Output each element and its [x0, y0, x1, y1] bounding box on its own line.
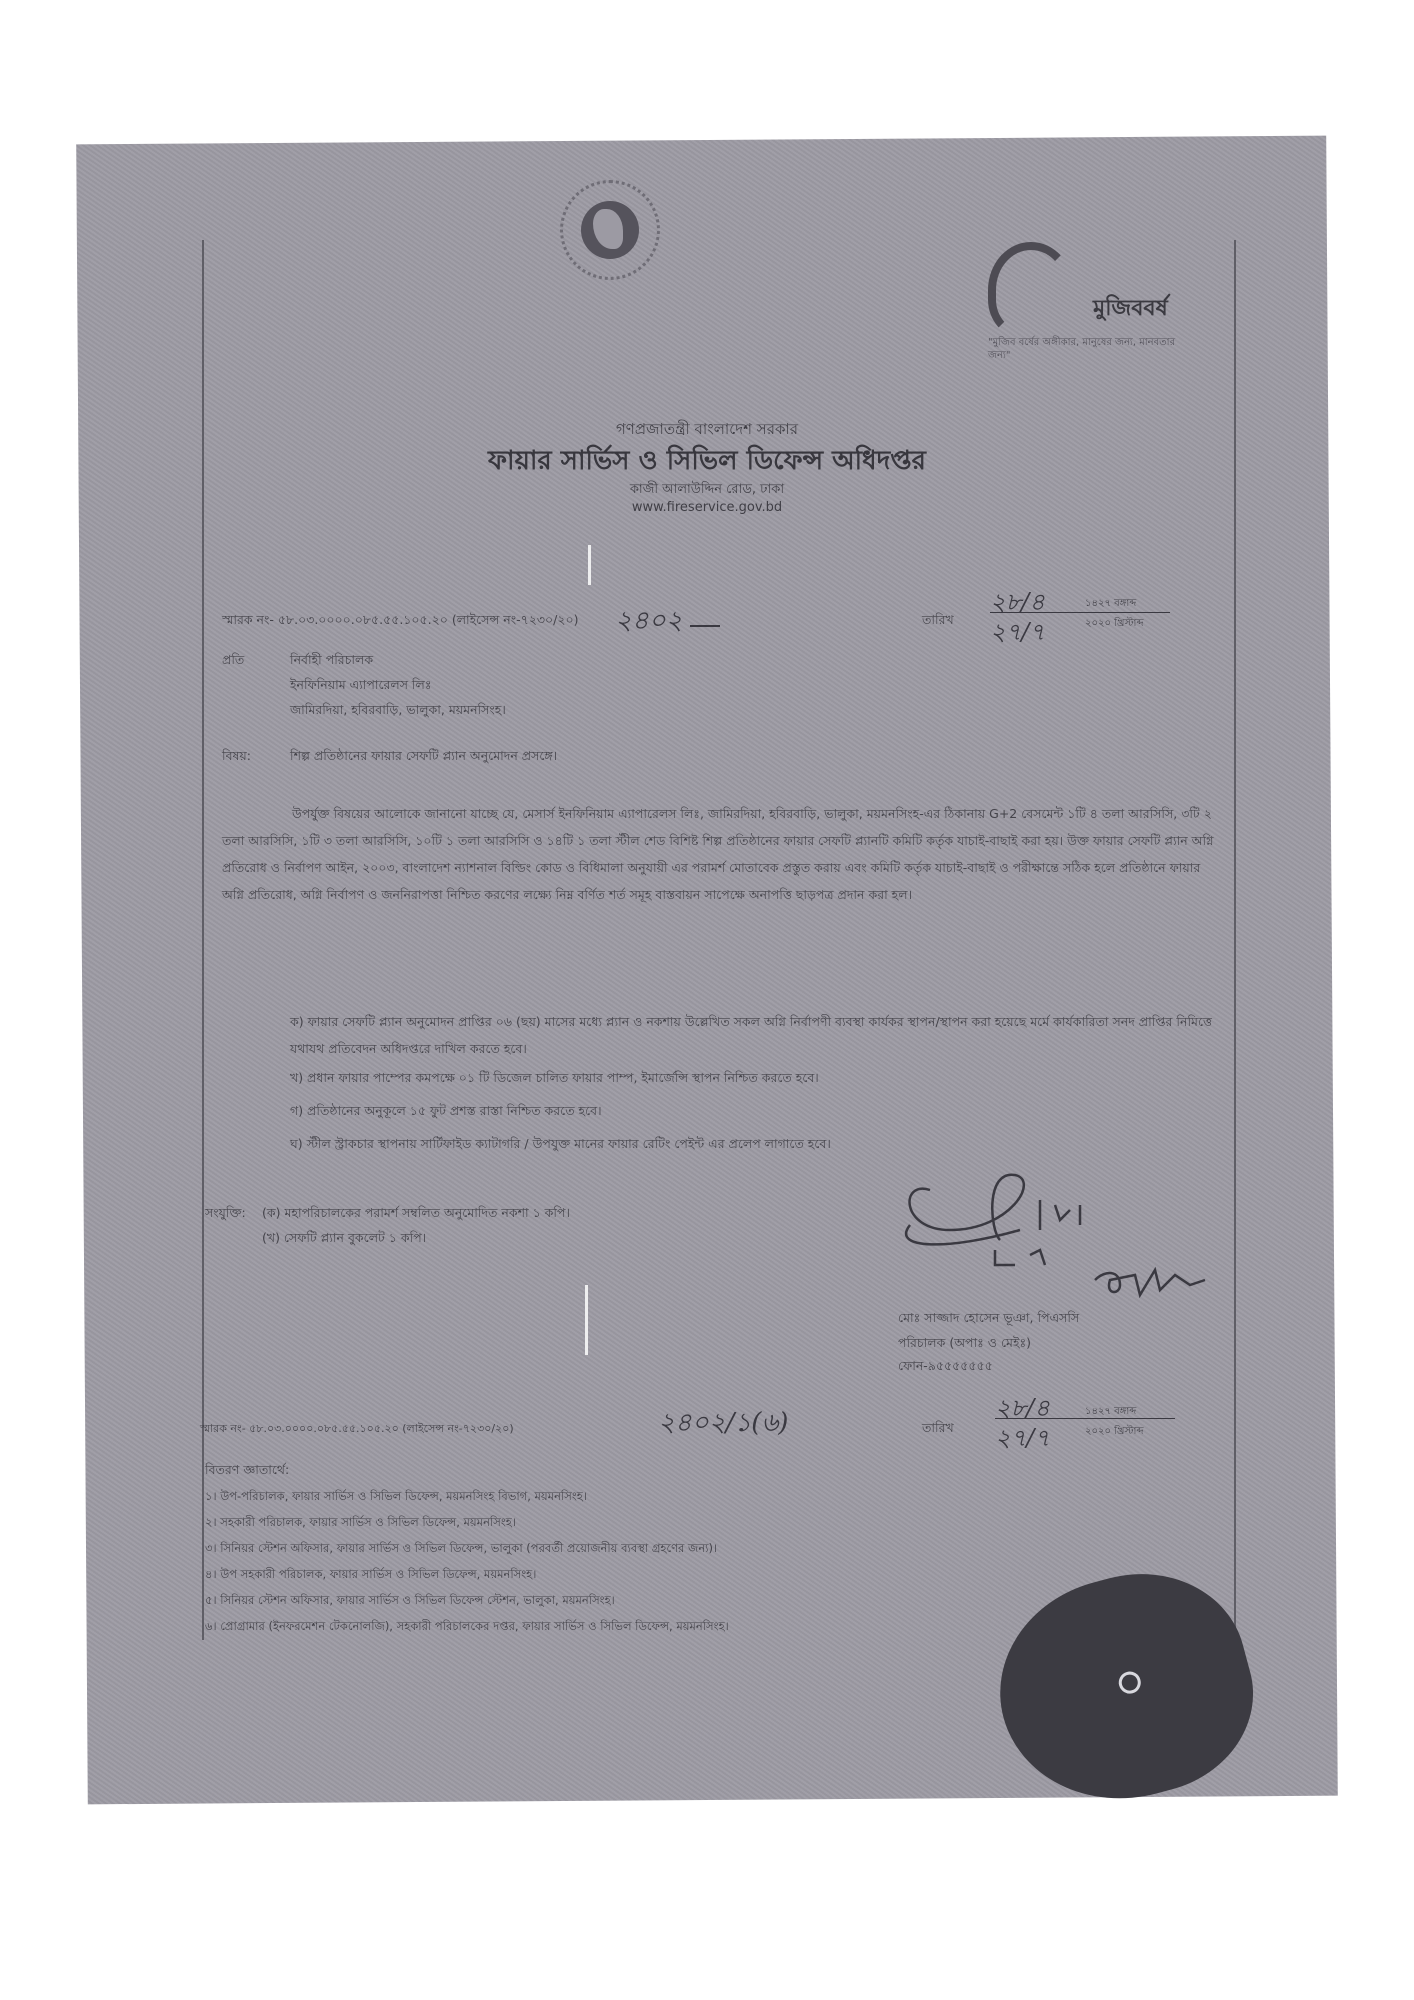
distribution-item: ৪। উপ সহকারী পরিচালক, ফায়ার সার্ভিস ও স… — [205, 1566, 536, 1585]
date-english: ২৭/৭ — [990, 614, 1045, 654]
copy-date-english: ২৭/৭ — [995, 1420, 1050, 1460]
condition-item: ঘ) স্টীল স্ট্রাকচার স্থাপনায় সার্টিফাইড… — [290, 1136, 831, 1156]
distribution-label: বিতরণ জ্ঞাতার্থে: — [205, 1462, 289, 1482]
signatory-phone: ফোন-৯৫৫৫৫৫৫৫ — [898, 1358, 993, 1378]
condition-item: ক) ফায়ার সেফটি প্ল্যান অনুমোদন প্রাপ্তি… — [290, 1008, 1225, 1062]
copy-date-label: তারিখ — [922, 1420, 954, 1440]
date-suffix-bangla: ১৪২৭ বঙ্গাব্দ — [1085, 596, 1136, 613]
recipient-line: নির্বাহী পরিচালক — [290, 652, 373, 672]
copy-date-suffix-english: ২০২০ খ্রিস্টাব্দ — [1085, 1424, 1143, 1441]
scan-mark — [588, 545, 591, 585]
department-address: কাজী আলাউদ্দিন রোড, ঢাকা — [0, 480, 1414, 501]
recipient-line: ইনফিনিয়াম এ্যাপারেলস লিঃ — [290, 677, 431, 697]
distribution-item: ১। উপ-পরিচালক, ফায়ার সার্ভিস ও সিভিল ডি… — [205, 1488, 587, 1507]
condition-item: গ) প্রতিষ্ঠানের অনুকূলে ১৫ ফুট প্রশস্ত র… — [290, 1103, 602, 1123]
date-suffix-english: ২০২০ খ্রিস্টাব্দ — [1085, 616, 1143, 633]
date-divider — [990, 612, 1170, 613]
recipient-line: জামিরদিয়া, হবিরবাড়ি, ভালুকা, ময়মনসিংহ… — [290, 702, 506, 722]
portrait-icon — [988, 242, 1074, 338]
enclosure-label: সংযুক্তি: — [205, 1205, 246, 1225]
copy-date-suffix-bangla: ১৪২৭ বঙ্গাব্দ — [1085, 1404, 1136, 1421]
recipient-label: প্রতি — [222, 652, 244, 672]
scan-mark — [585, 1285, 588, 1355]
enclosure-item: (ক) মহাপরিচালকের পরামর্শ সম্বলিত অনুমোদি… — [262, 1205, 570, 1225]
distribution-item: ৬। প্রোগ্রামার (ইনফরমেশন টেকনোলজি), সহকা… — [205, 1618, 729, 1637]
distribution-item: ৩। সিনিয়র স্টেশন অফিসার, ফায়ার সার্ভিস… — [205, 1540, 717, 1559]
copy-memo-prefix: স্মারক নং- ৫৮.০৩.০০০০.০৮৫.৫৫.১০৫.২০ (লাই… — [200, 1420, 514, 1439]
date-label: তারিখ — [922, 612, 954, 632]
body-paragraph: উপর্যুক্ত বিষয়ের আলোকে জানানো যাচ্ছে যে… — [222, 800, 1222, 908]
subject-text: শিল্প প্রতিষ্ঠানের ফায়ার সেফটি প্ল্যান … — [290, 748, 557, 768]
distribution-item: ২। সহকারী পরিচালক, ফায়ার সার্ভিস ও সিভি… — [205, 1514, 516, 1533]
subject-label: বিষয়: — [222, 748, 251, 768]
memo-number-underline — [690, 625, 720, 627]
department-title: ফায়ার সার্ভিস ও সিভিল ডিফেন্স অধিদপ্তর — [0, 440, 1414, 484]
signatory-designation: পরিচালক (অপাঃ ও মেইঃ) — [898, 1335, 1031, 1355]
government-seal-icon — [560, 180, 660, 280]
enclosure-item: (খ) সেফটি প্ল্যান বুকলেট ১ কপি। — [262, 1230, 426, 1250]
mujib-borsho-logo: মুজিববর্ষ "মুজিব বর্ষের অঙ্গীকার, মানুষে… — [968, 236, 1208, 376]
distribution-item: ৫। সিনিয়র স্টেশন অফিসার, ফায়ার সার্ভিস… — [205, 1592, 615, 1611]
copy-memo-number: ২৪০২/১(৬) — [658, 1402, 788, 1446]
department-website: www.fireservice.gov.bd — [0, 500, 1414, 515]
condition-item: খ) প্রধান ফায়ার পাম্পের কমপক্ষে ০১ টি ড… — [290, 1070, 819, 1090]
signature-icon — [890, 1170, 1220, 1310]
memo-prefix: স্মারক নং- ৫৮.০৩.০০০০.০৮৫.৫৫.১০৫.২০ (লাই… — [222, 612, 578, 632]
signatory-name: মোঃ সাজ্জাদ হোসেন ভূঞা, পিএসসি — [898, 1310, 1079, 1330]
memo-number: ২৪০২ — [615, 600, 683, 644]
